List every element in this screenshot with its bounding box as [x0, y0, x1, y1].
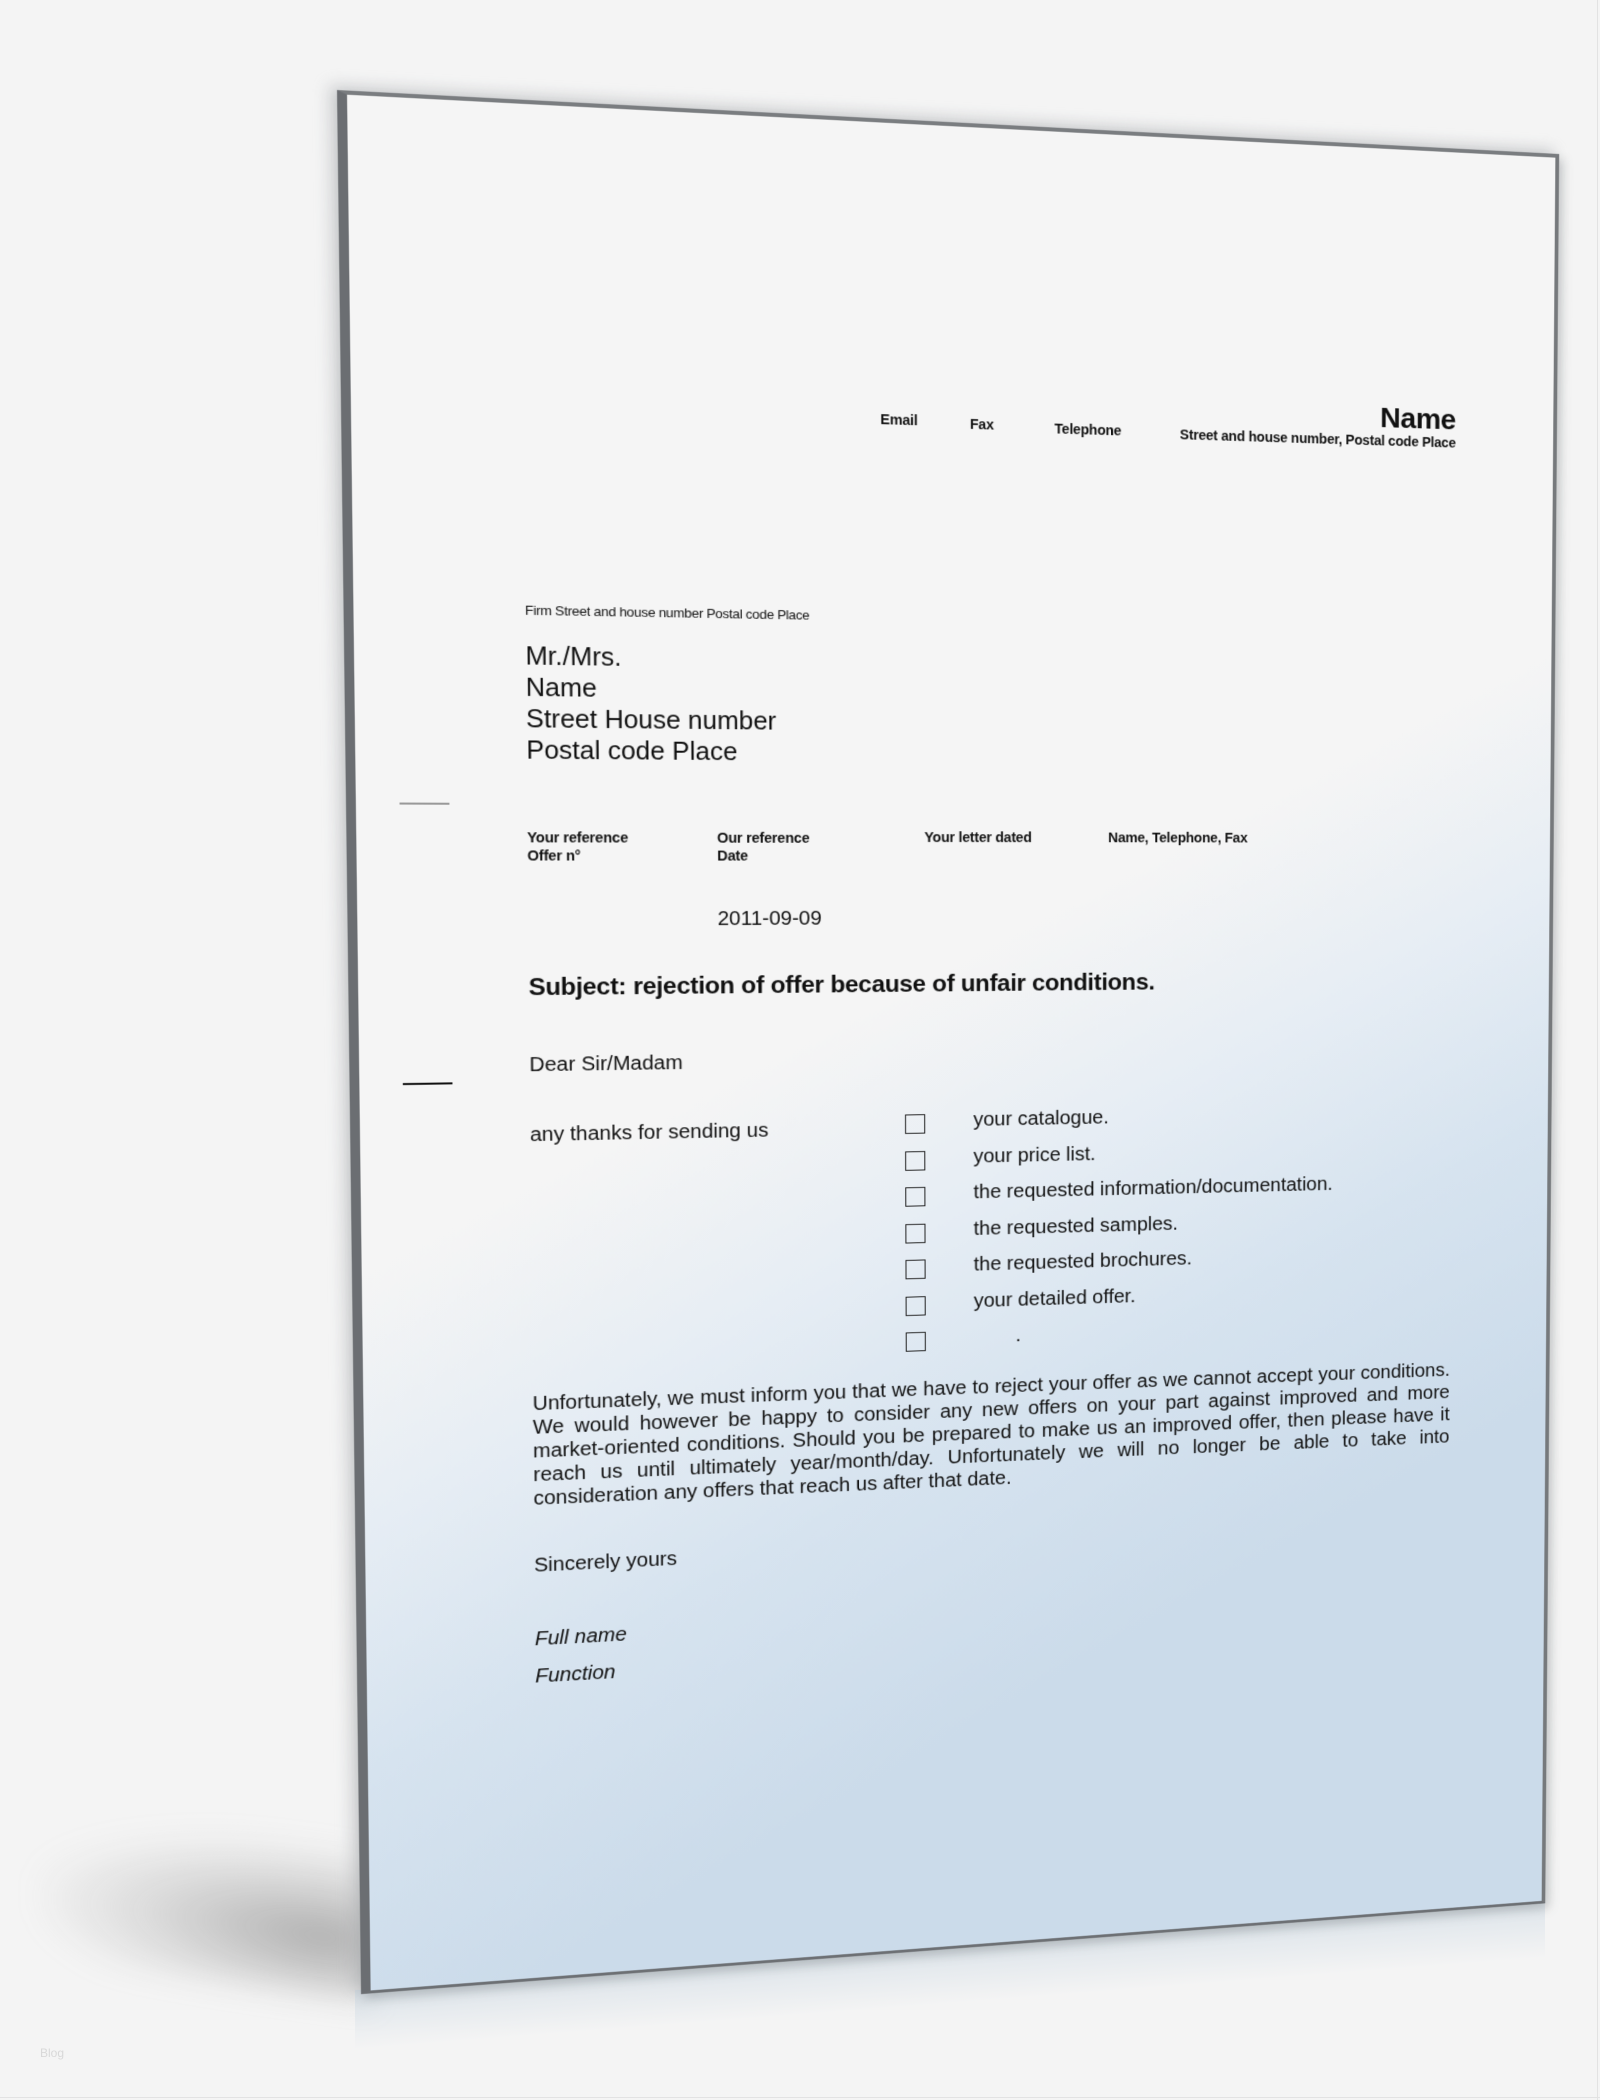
enclosure-checkbox-label: your catalogue.: [973, 1107, 1108, 1132]
ref-field-label: Name, Telephone, Fax: [1108, 829, 1247, 847]
recipient-street: Street House number: [526, 704, 776, 738]
enclosure-checkbox-label: .: [1015, 1325, 1021, 1347]
enclosure-checkbox[interactable]: [906, 1332, 926, 1352]
ref-field-label: Our reference: [717, 829, 809, 847]
letter-greeting: Dear Sir/Madam: [529, 1052, 683, 1077]
enclosure-checkbox[interactable]: [905, 1259, 925, 1279]
frame-edge-bottom: [0, 2097, 1600, 2098]
enclosure-checkbox[interactable]: [905, 1223, 925, 1243]
ref-field-label: Your letter dated: [924, 828, 1031, 846]
enclosure-checkbox[interactable]: [905, 1187, 925, 1207]
fold-mark-middle: [403, 1082, 453, 1085]
letter-subject: Subject: rejection of offer because of u…: [528, 969, 1154, 1002]
letter-page: Name Email Fax Telephone Street and hous…: [337, 90, 1559, 1994]
enclosure-checkbox[interactable]: [905, 1151, 925, 1171]
enclosure-checkbox-label: the requested brochures.: [974, 1248, 1192, 1276]
recipient-salutation: Mr./Mrs.: [525, 641, 621, 674]
closing: Sincerely yours: [534, 1548, 677, 1577]
thanks-intro: any thanks for sending us: [530, 1120, 769, 1147]
letterhead-fax-label: Fax: [970, 416, 994, 433]
enclosure-checkbox[interactable]: [905, 1114, 925, 1134]
ref-field-label: Date: [717, 847, 809, 865]
enclosure-checkbox-label: the requested samples.: [974, 1213, 1179, 1240]
enclosure-checkbox-label: your price list.: [973, 1143, 1095, 1168]
ref-field-contact: Name, Telephone, Fax: [1108, 829, 1247, 847]
sender-return-line: Firm Street and house number Postal code…: [525, 603, 809, 623]
letterhead-telephone-label: Telephone: [1054, 421, 1121, 439]
fold-mark-top: [400, 803, 450, 805]
body-paragraph: Unfortunately, we must inform you that w…: [532, 1359, 1449, 1511]
ref-field-your-letter-dated: Your letter dated: [924, 828, 1031, 846]
frame-edge-right: [1597, 0, 1598, 2100]
ref-field-label: Offer n°: [527, 846, 628, 864]
recipient-city: Postal code Place: [526, 735, 737, 768]
watermark: Blog: [40, 2046, 64, 2060]
ref-field-your-reference: Your reference Offer n°: [527, 828, 628, 864]
recipient-name: Name: [526, 673, 597, 705]
enclosure-checkbox-label: the requested information/documentation.: [973, 1174, 1332, 1204]
page-cast-shadow: [40, 1807, 370, 2003]
signature-function: Function: [535, 1661, 616, 1688]
ref-field-label: Your reference: [527, 828, 628, 846]
ref-field-our-reference: Our reference Date: [717, 829, 810, 865]
signature-full-name: Full name: [535, 1624, 627, 1651]
date-value: 2011-09-09: [718, 908, 822, 931]
letterhead-email-label: Email: [880, 411, 917, 428]
enclosure-checkbox[interactable]: [906, 1296, 926, 1316]
enclosure-checkbox-label: your detailed offer.: [974, 1285, 1136, 1312]
letterhead-sender-name: Name: [1380, 402, 1456, 437]
